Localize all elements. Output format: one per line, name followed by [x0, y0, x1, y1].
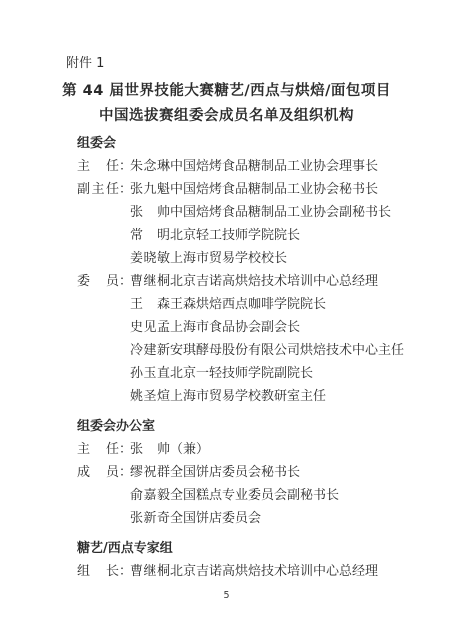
- member-name: 曹继桐: [130, 560, 170, 583]
- role-colon: ：: [119, 560, 130, 583]
- member-affiliation: 上海市贸易学校校长: [170, 247, 287, 270]
- section-rows-committee: 主任：朱念琳中国焙烤食品糖制品工业协会理事长 副主任：张九魁中国焙烤食品糖制品工…: [0, 155, 453, 408]
- role-colon: ：: [119, 270, 130, 293]
- member-affiliation: 全国饼店委员会秘书长: [170, 461, 300, 484]
- role-colon: ：: [119, 438, 130, 461]
- member-row: 主任：朱念琳中国焙烤食品糖制品工业协会理事长: [77, 155, 453, 178]
- member-row: 常明北京轻工技师学院院长: [77, 224, 453, 247]
- role-label: [77, 339, 119, 362]
- role-label: [77, 224, 119, 247]
- member-affiliation: 安琪酵母股份有限公司烘焙技术中心主任: [170, 339, 404, 362]
- role-colon: [119, 385, 130, 408]
- role-colon: [119, 293, 130, 316]
- role-colon: [119, 362, 130, 385]
- member-name: 姚圣煊: [130, 385, 170, 408]
- member-name: 孙玉直: [130, 362, 170, 385]
- role-label: [77, 385, 119, 408]
- attachment-label: 附件 1: [66, 52, 453, 75]
- member-affiliation: 中国焙烤食品糖制品工业协会秘书长: [170, 178, 378, 201]
- member-row: 冷建新安琪酵母股份有限公司烘焙技术中心主任: [77, 339, 453, 362]
- role-label: [77, 293, 119, 316]
- role-label: 主任: [77, 155, 119, 178]
- member-name: 曹继桐: [130, 270, 170, 293]
- role-label: [77, 507, 119, 530]
- section-heading-office: 组委会办公室: [77, 415, 453, 438]
- member-name: 张九魁: [130, 178, 170, 201]
- role-label: [77, 247, 119, 270]
- role-colon: [119, 224, 130, 247]
- section-rows-expert-group: 组长：曹继桐北京吉诺高烘焙技术培训中心总经理: [0, 560, 453, 583]
- member-row: 王森王森烘焙西点咖啡学院院长: [77, 293, 453, 316]
- member-row: 姚圣煊上海市贸易学校教研室主任: [77, 385, 453, 408]
- member-row: 主任：张帅（兼）: [77, 438, 453, 461]
- role-label: [77, 201, 119, 224]
- member-row: 孙玉直北京一轻技师学院副院长: [77, 362, 453, 385]
- member-row: 张帅中国焙烤食品糖制品工业协会副秘书长: [77, 201, 453, 224]
- member-affiliation: 王森烘焙西点咖啡学院院长: [170, 293, 326, 316]
- member-affiliation: 全国糕点专业委员会副秘书长: [170, 484, 339, 507]
- member-name: 张帅: [130, 438, 170, 461]
- member-affiliation: 全国饼店委员会: [170, 507, 261, 530]
- role-label: 委员: [77, 270, 119, 293]
- role-colon: [119, 201, 130, 224]
- member-name: 姜晓敏: [130, 247, 170, 270]
- role-colon: [119, 316, 130, 339]
- role-label: 主任: [77, 438, 119, 461]
- member-affiliation: 北京吉诺高烘焙技术培训中心总经理: [170, 270, 378, 293]
- role-colon: [119, 247, 130, 270]
- document-title-line1: 第 44 届世界技能大赛糖艺/西点与烘焙/面包项目: [0, 79, 453, 104]
- section-heading-committee: 组委会: [77, 132, 453, 155]
- member-affiliation: （兼）: [170, 438, 209, 461]
- member-name: 王森: [130, 293, 170, 316]
- member-name: 史见孟: [130, 316, 170, 339]
- member-affiliation: 上海市贸易学校教研室主任: [170, 385, 326, 408]
- role-colon: [119, 484, 130, 507]
- member-row: 组长：曹继桐北京吉诺高烘焙技术培训中心总经理: [77, 560, 453, 583]
- role-colon: ：: [119, 155, 130, 178]
- member-row: 史见孟上海市食品协会副会长: [77, 316, 453, 339]
- member-affiliation: 中国焙烤食品糖制品工业协会理事长: [170, 155, 378, 178]
- role-colon: ：: [119, 178, 130, 201]
- member-name: 张帅: [130, 201, 170, 224]
- role-colon: [119, 339, 130, 362]
- role-label: 成员: [77, 461, 119, 484]
- member-affiliation: 中国焙烤食品糖制品工业协会副秘书长: [170, 201, 391, 224]
- section-heading-expert-group: 糖艺/西点专家组: [77, 537, 453, 560]
- role-label: 副主任: [77, 178, 119, 201]
- member-name: 俞嘉毅: [130, 484, 170, 507]
- role-colon: ：: [119, 461, 130, 484]
- document-title-line2: 中国选拔赛组委会成员名单及组织机构: [0, 104, 453, 129]
- page-number: 5: [0, 589, 453, 603]
- member-name: 张新奇: [130, 507, 170, 530]
- member-row: 俞嘉毅全国糕点专业委员会副秘书长: [77, 484, 453, 507]
- member-name: 朱念琳: [130, 155, 170, 178]
- member-affiliation: 北京吉诺高烘焙技术培训中心总经理: [170, 560, 378, 583]
- member-name: 冷建新: [130, 339, 170, 362]
- document-page: 附件 1 第 44 届世界技能大赛糖艺/西点与烘焙/面包项目 中国选拔赛组委会成…: [0, 0, 453, 640]
- member-affiliation: 北京一轻技师学院副院长: [170, 362, 313, 385]
- member-row: 成员：缪祝群全国饼店委员会秘书长: [77, 461, 453, 484]
- role-label: 组长: [77, 560, 119, 583]
- role-label: [77, 316, 119, 339]
- member-affiliation: 北京轻工技师学院院长: [170, 224, 300, 247]
- member-name: 常明: [130, 224, 170, 247]
- member-row: 副主任：张九魁中国焙烤食品糖制品工业协会秘书长: [77, 178, 453, 201]
- member-affiliation: 上海市食品协会副会长: [170, 316, 300, 339]
- member-row: 姜晓敏上海市贸易学校校长: [77, 247, 453, 270]
- role-label: [77, 362, 119, 385]
- role-label: [77, 484, 119, 507]
- role-colon: [119, 507, 130, 530]
- member-name: 缪祝群: [130, 461, 170, 484]
- section-rows-office: 主任：张帅（兼） 成员：缪祝群全国饼店委员会秘书长 俞嘉毅全国糕点专业委员会副秘…: [0, 438, 453, 530]
- member-row: 委员：曹继桐北京吉诺高烘焙技术培训中心总经理: [77, 270, 453, 293]
- member-row: 张新奇全国饼店委员会: [77, 507, 453, 530]
